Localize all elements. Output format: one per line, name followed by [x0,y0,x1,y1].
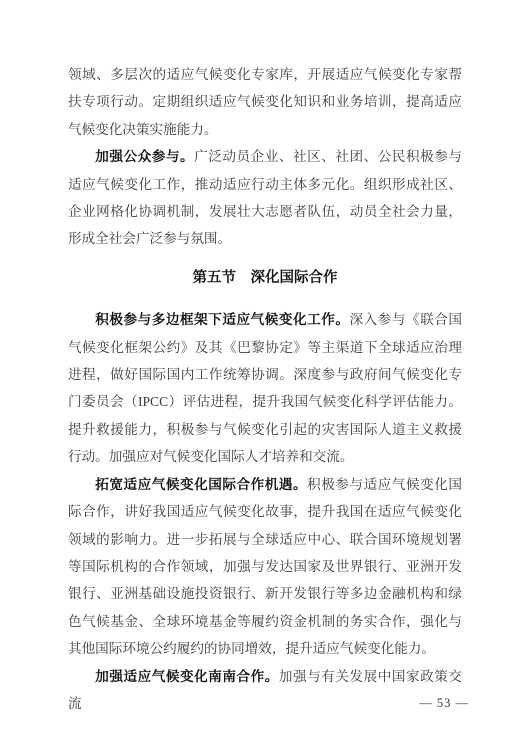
document-page: 领域、多层次的适应气候变化专家库，开展适应气候变化专家帮扶专项行动。定期组织适应… [0,0,527,747]
paragraph-lead: 加强适应气候变化南南合作。 [95,669,279,684]
paragraph-text: 积极参与适应气候变化国际合作，讲好我国适应气候变化故事，提升我国在适应气候变化领… [68,477,462,656]
paragraph-lead: 积极参与多边框架下适应气候变化工作。 [95,312,349,327]
paragraph-multilateral-framework: 积极参与多边框架下适应气候变化工作。深入参与《联合国气候变化框架公约》及其《巴黎… [68,306,462,470]
page-number: — 53 — [419,696,469,711]
section-heading: 第五节深化国际合作 [68,265,462,292]
paragraph-text: 深入参与《联合国气候变化框架公约》及其《巴黎协定》等主渠道下全球适应治理进程，做… [68,312,462,464]
paragraph-south-south: 加强适应气候变化南南合作。加强与有关发展中国家政策交流 [68,663,462,718]
paragraph-lead: 加强公众参与。 [95,149,194,164]
section-title: 深化国际合作 [251,270,338,286]
paragraph-continuation: 领域、多层次的适应气候变化专家库，开展适应气候变化专家帮扶专项行动。定期组织适应… [68,61,462,143]
section-label: 第五节 [193,270,237,286]
paragraph-public-participation: 加强公众参与。广泛动员企业、社区、社团、公民积极参与适应气候变化工作，推动适应行… [68,143,462,253]
paragraph-text: 领域、多层次的适应气候变化专家库，开展适应气候变化专家帮扶专项行动。定期组织适应… [68,67,462,137]
paragraph-lead: 拓宽适应气候变化国际合作机遇。 [95,477,307,492]
paragraph-broaden-cooperation: 拓宽适应气候变化国际合作机遇。积极参与适应气候变化国际合作，讲好我国适应气候变化… [68,471,462,663]
